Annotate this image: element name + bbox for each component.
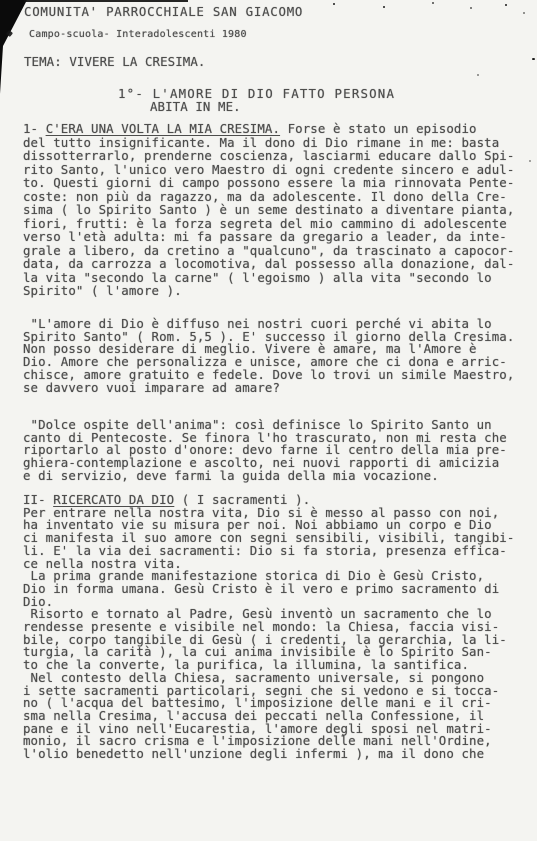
section-1-number: 1-	[23, 121, 46, 136]
text-line: rito Santo, l'unico vero Maestro di ogni…	[23, 163, 517, 177]
section-1-body: del tutto insignificante. Ma il dono di …	[23, 136, 517, 298]
text-line: Dio in forma umana. Gesù Cristo è il ver…	[23, 583, 517, 596]
scan-speck	[477, 74, 479, 76]
text-line: e di servizio, deve farmi la guida della…	[23, 470, 517, 483]
paragraph-section-2: II- RICERCATO DA DIO ( I sacramenti ). P…	[23, 494, 517, 761]
text-line: coste: non più da ragazzo, ma da adolesc…	[23, 190, 517, 204]
organization-title: COMUNITA' PARROCCHIALE SAN GIACOMO	[24, 4, 303, 19]
chapter-title-line2: ABITA IN ME.	[150, 99, 241, 114]
text-line: data, da carrozza a locomotiva, dal poss…	[23, 257, 517, 271]
text-line: dissotterrarlo, prenderne coscienza, las…	[23, 149, 517, 163]
section-1-first-rest: Forse è stato un episodio	[280, 121, 477, 136]
text-line: to. Questi giorni di campo possono esser…	[23, 176, 517, 190]
section-1-heading: C'ERA UNA VOLTA LA MIA CRESIMA.	[46, 121, 280, 136]
text-line: sima ( lo Spirito Santo ) è un seme dest…	[23, 203, 517, 217]
text-line: se davvero vuoi imparare ad amare?	[23, 382, 517, 395]
camp-subtitle: Campo-scuola- Interadolescenti 1980	[29, 29, 247, 40]
scan-speck	[505, 4, 507, 6]
scan-speck	[383, 6, 385, 8]
scan-speck	[529, 160, 531, 162]
paragraph-dolce-ospite: "Dolce ospite dell'anima": così definisc…	[23, 419, 517, 483]
text-line: verso l'età adulta: mi fa passare da gre…	[23, 230, 517, 244]
scan-speck	[470, 7, 472, 9]
text-line: l'olio benedetto nell'unzione degli infe…	[23, 748, 517, 761]
section-1-first-line: 1- C'ERA UNA VOLTA LA MIA CRESIMA. Forse…	[23, 122, 517, 136]
paragraph-quote-romans: "L'amore di Dio è diffuso nei nostri cuo…	[23, 318, 517, 394]
text-line: Spirito" ( l'amore ).	[23, 284, 517, 298]
scan-speck	[523, 12, 525, 14]
scan-speck	[432, 2, 434, 4]
paragraph-section-1: 1- C'ERA UNA VOLTA LA MIA CRESIMA. Forse…	[23, 122, 517, 298]
section-2-body: Per entrare nella nostra vita, Dio si è …	[23, 507, 517, 761]
paragraph-3-body: "Dolce ospite dell'anima": così definisc…	[23, 419, 517, 483]
text-line: del tutto insignificante. Ma il dono di …	[23, 136, 517, 150]
scan-artifact-top-line	[24, 0, 188, 2]
text-line: la vita "secondo la carne" ( l'egoismo )…	[23, 271, 517, 285]
scanned-document-page: COMUNITA' PARROCCHIALE SAN GIACOMO Campo…	[0, 0, 537, 841]
text-line: grale a libero, da cretino a "qualcuno",…	[23, 244, 517, 258]
paragraph-2-body: "L'amore di Dio è diffuso nei nostri cuo…	[23, 318, 517, 394]
text-line: fiori, frutti: è la forza segreta del mi…	[23, 217, 517, 231]
scan-speck	[532, 58, 535, 60]
theme-line: TEMA: VIVERE LA CRESIMA.	[24, 54, 205, 69]
scan-speck	[333, 3, 335, 5]
